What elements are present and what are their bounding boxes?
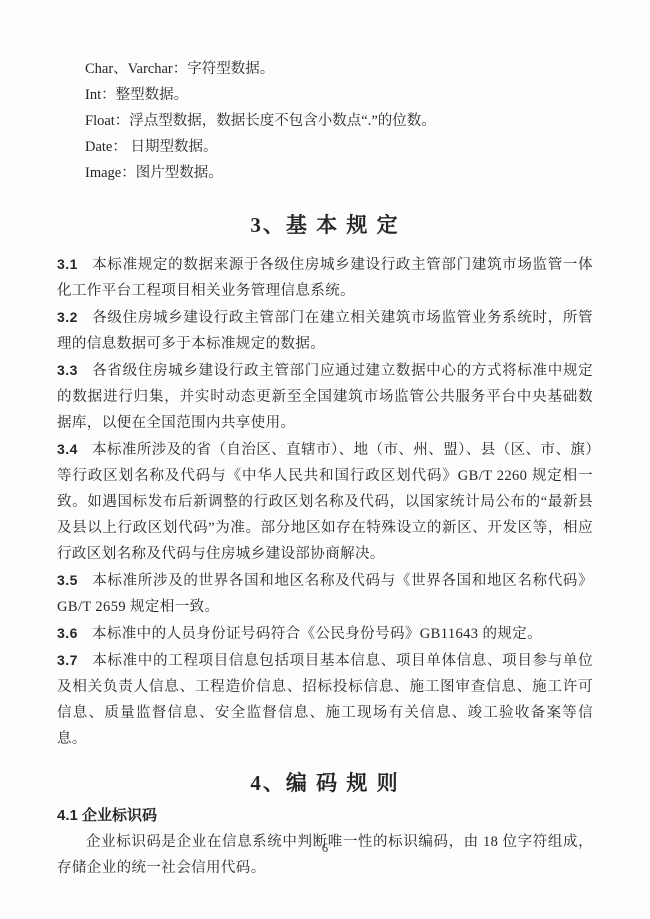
clause-number: 3.1 <box>57 256 78 272</box>
clause-3-5: 3.5本标准所涉及的世界各国和地区名称及代码与《世界各国和地区名称代码》GB/T… <box>57 567 593 620</box>
page-number: 6 <box>0 841 650 856</box>
clause-text: 本标准中的人员身份证号码符合《公民身份号码》GB11643 的规定。 <box>92 626 542 642</box>
clause-text: 本标准中的工程项目信息包括项目基本信息、项目单体信息、项目参与单位及相关负责人信… <box>57 653 593 747</box>
clause-text: 本标准所涉及的世界各国和地区名称及代码与《世界各国和地区名称代码》GB/T 26… <box>57 573 593 615</box>
clause-3-4: 3.4本标准所涉及的省（自治区、直辖市）、地（市、州、盟）、县（区、市、旗）等行… <box>57 436 593 567</box>
page-content: Char、Varchar：字符型数据。 Int：整型数据。 Float：浮点型数… <box>57 56 593 881</box>
datatype-line-float: Float：浮点型数据，数据长度不包含小数点“.”的位数。 <box>85 108 593 134</box>
clause-3-2: 3.2各级住房城乡建设行政主管部门在建立相关建筑市场监管业务系统时，所管理的信息… <box>57 304 593 357</box>
clause-number: 3.4 <box>57 441 78 457</box>
clause-number: 3.5 <box>57 572 78 588</box>
clause-3-6: 3.6本标准中的人员身份证号码符合《公民身份号码》GB11643 的规定。 <box>57 620 593 647</box>
datatype-line-char-varchar: Char、Varchar：字符型数据。 <box>85 56 593 82</box>
clause-number: 3.6 <box>57 625 78 641</box>
clause-text: 各省级住房城乡建设行政主管部门应通过建立数据中心的方式将标准中规定的数据进行归集… <box>57 363 593 431</box>
section-heading-coding-rules: 4、编 码 规 则 <box>57 768 593 798</box>
clause-number: 3.3 <box>57 362 78 378</box>
datatype-line-int: Int：整型数据。 <box>85 82 593 108</box>
subsection-heading-enterprise-id: 4.1 企业标识码 <box>57 803 593 829</box>
datatype-line-image: Image：图片型数据。 <box>85 160 593 186</box>
clause-3-3: 3.3各省级住房城乡建设行政主管部门应通过建立数据中心的方式将标准中规定的数据进… <box>57 357 593 436</box>
clause-3-1: 3.1本标准规定的数据来源于各级住房城乡建设行政主管部门建筑市场监管一体化工作平… <box>57 251 593 304</box>
clause-3-7: 3.7本标准中的工程项目信息包括项目基本信息、项目单体信息、项目参与单位及相关负… <box>57 647 593 752</box>
section-heading-basic-rules: 3、基 本 规 定 <box>57 210 593 240</box>
clause-text: 各级住房城乡建设行政主管部门在建立相关建筑市场监管业务系统时，所管理的信息数据可… <box>57 310 593 352</box>
document-page: Char、Varchar：字符型数据。 Int：整型数据。 Float：浮点型数… <box>0 0 650 919</box>
clause-text: 本标准规定的数据来源于各级住房城乡建设行政主管部门建筑市场监管一体化工作平台工程… <box>57 257 593 299</box>
datatype-line-date: Date： 日期型数据。 <box>85 134 593 160</box>
clause-text: 本标准所涉及的省（自治区、直辖市）、地（市、州、盟）、县（区、市、旗）等行政区划… <box>57 442 593 562</box>
clause-number: 3.7 <box>57 652 78 668</box>
datatype-definition-list: Char、Varchar：字符型数据。 Int：整型数据。 Float：浮点型数… <box>57 56 593 186</box>
clause-number: 3.2 <box>57 309 78 325</box>
